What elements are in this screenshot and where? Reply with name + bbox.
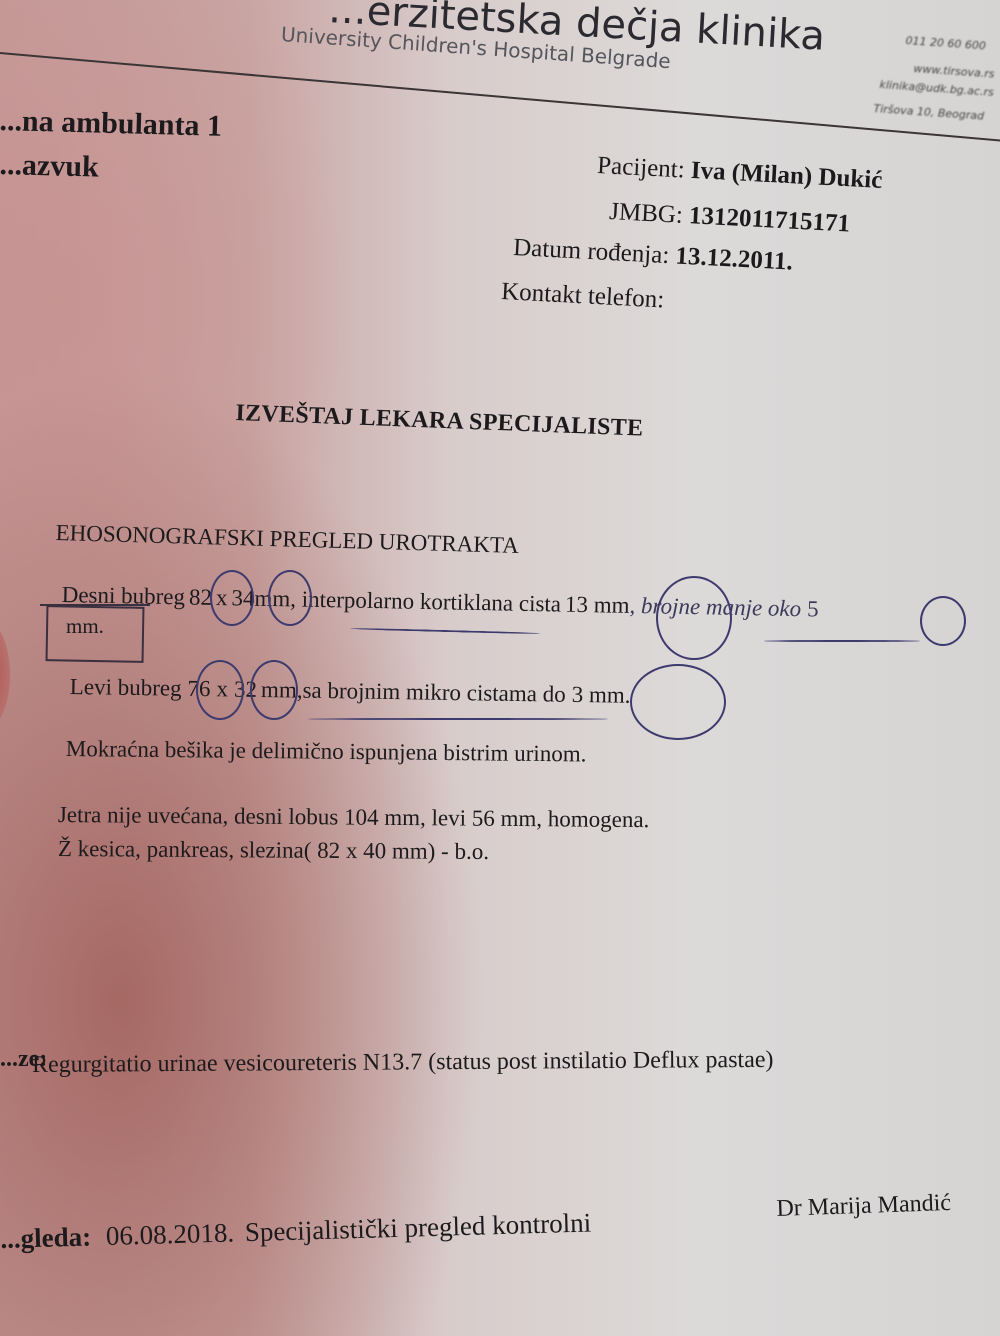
contact-phone: 011 20 60 600 [905,34,986,53]
diagnosis-text: Regurgitatio urinae vesicoureteris N13.7… [32,1047,774,1079]
visit-type: Specijalistički pregled kontrolni [244,1208,591,1248]
patient-name-label: Pacijent: [597,152,686,184]
pen-circle-34 [268,570,312,626]
patient-dob-row: Datum rođenja: 13.12.2011. [513,234,794,277]
department-line-1: ...na ambulanta 1 [0,104,222,144]
right-kidney-small-cyst-size: 5 [807,596,819,621]
visit-row: ...gleda: 06.08.2018. Specijalistički pr… [0,1208,592,1255]
right-kidney-cyst-size: 13 mm [565,592,630,618]
left-kidney-label: Levi bubreg [70,674,182,701]
pen-underline-mikro [308,718,608,720]
pen-circle-3mm [630,664,726,740]
left-kidney-line: Levi bubreg76x32mm,sa brojnim mikro cist… [70,674,631,709]
patient-dob-label: Datum rođenja: [513,234,670,269]
left-kidney-cyst-size: 3 mm. [572,682,631,708]
patient-jmbg-value: 1312011715171 [688,202,850,237]
pen-circle-76 [196,660,244,720]
patient-name-value: Iva (Milan) Dukić [690,157,883,194]
patient-name-row: Pacijent: Iva (Milan) Dukić [597,152,883,195]
pen-circle-82 [210,570,254,626]
bladder-finding: Mokraćna bešika je delimično ispunjena b… [66,736,587,767]
patient-phone-row: Kontakt telefon: [501,278,665,315]
patient-jmbg-row: JMBG: 1312011715171 [609,198,851,239]
pen-underline-desni [40,604,150,606]
visit-date: 06.08.2018. [105,1217,234,1251]
contact-address: Tiršova 10, Beograd [873,102,984,123]
contact-web: www.tirsova.rs [913,62,995,81]
pen-circle-32 [250,660,298,720]
pen-circle-5 [920,596,966,646]
patient-dob-value: 13.12.2011. [675,243,794,276]
report-title: IZVEŠTAJ LEKARA SPECIJALISTE [235,400,644,443]
liver-finding: Jetra nije uvećana, desni lobus 104 mm, … [58,802,650,833]
left-kidney-description: mm,sa brojnim mikro cistama do [261,677,566,707]
contact-email: klinika@udk.bg.ac.rs [879,78,994,99]
other-organs-finding: Ž kesica, pankreas, slezina( 82 x 40 mm)… [58,836,489,865]
pen-box-mm [46,605,145,663]
section-heading: EHOSONOGRAFSKI PREGLED UROTRAKTA [55,520,519,559]
doctor-name: Dr Marija Mandić [776,1190,951,1223]
patient-phone-label: Kontakt telefon: [501,278,665,314]
department-line-2: ...azvuk [0,148,99,185]
pen-circle-13mm [656,576,732,660]
patient-jmbg-label: JMBG: [609,198,684,229]
pen-underline-brojne [764,640,920,642]
right-kidney-length: 82 [189,584,212,609]
finger-shadow [0,620,10,730]
visit-date-label: ...gleda: [0,1221,92,1254]
pen-underline-interpolarno [350,628,540,635]
